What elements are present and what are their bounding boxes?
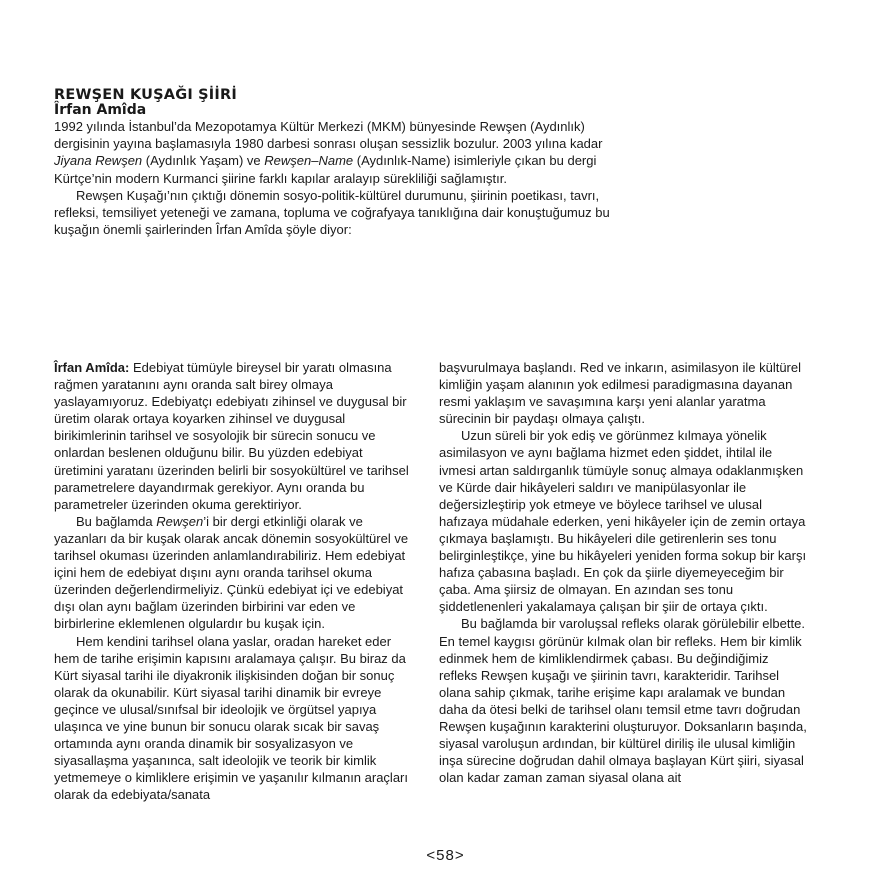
- magazine-name-jiyana-rewsen: Jiyana Rewşen: [54, 153, 142, 168]
- body-paragraph: Hem kendini tarihsel olana yaslar, orada…: [54, 633, 414, 804]
- body-paragraph: Îrfan Amîda: Edebiyat tümüyle bireysel b…: [54, 359, 414, 513]
- body-paragraph: Bu bağlamda Rewşen’i bir dergi etkinliği…: [54, 513, 414, 633]
- article-intro: 1992 yılında İstanbul’da Mezopotamya Kül…: [54, 118, 624, 238]
- article-title: REWŞEN KUŞAĞI ŞİİRİ: [54, 87, 624, 103]
- article-author: Îrfan Amîda: [54, 103, 624, 118]
- magazine-name-rewsen: Rewşen: [156, 514, 203, 529]
- page-number: <58>: [0, 847, 891, 864]
- article-header: REWŞEN KUŞAĞI ŞİİRİ Îrfan Amîda 1992 yıl…: [54, 87, 624, 238]
- speaker-label: Îrfan Amîda:: [54, 360, 129, 375]
- intro-paragraph-1: 1992 yılında İstanbul’da Mezopotamya Kül…: [54, 118, 624, 187]
- text-column-right: başvurulmaya başlandı. Red ve inkarın, a…: [439, 359, 809, 786]
- magazine-name-rewsen-name: Rewşen–Name: [264, 153, 353, 168]
- body-paragraph: başvurulmaya başlandı. Red ve inkarın, a…: [439, 359, 809, 427]
- body-paragraph: Bu bağlamda bir varoluşsal refleks olara…: [439, 615, 809, 786]
- document-page: REWŞEN KUŞAĞI ŞİİRİ Îrfan Amîda 1992 yıl…: [0, 0, 891, 888]
- intro-paragraph-2: Rewşen Kuşağı’nın çıktığı dönemin sosyo-…: [54, 187, 624, 239]
- text-column-left: Îrfan Amîda: Edebiyat tümüyle bireysel b…: [54, 359, 414, 803]
- body-paragraph: Uzun süreli bir yok ediş ve görünmez kıl…: [439, 427, 809, 615]
